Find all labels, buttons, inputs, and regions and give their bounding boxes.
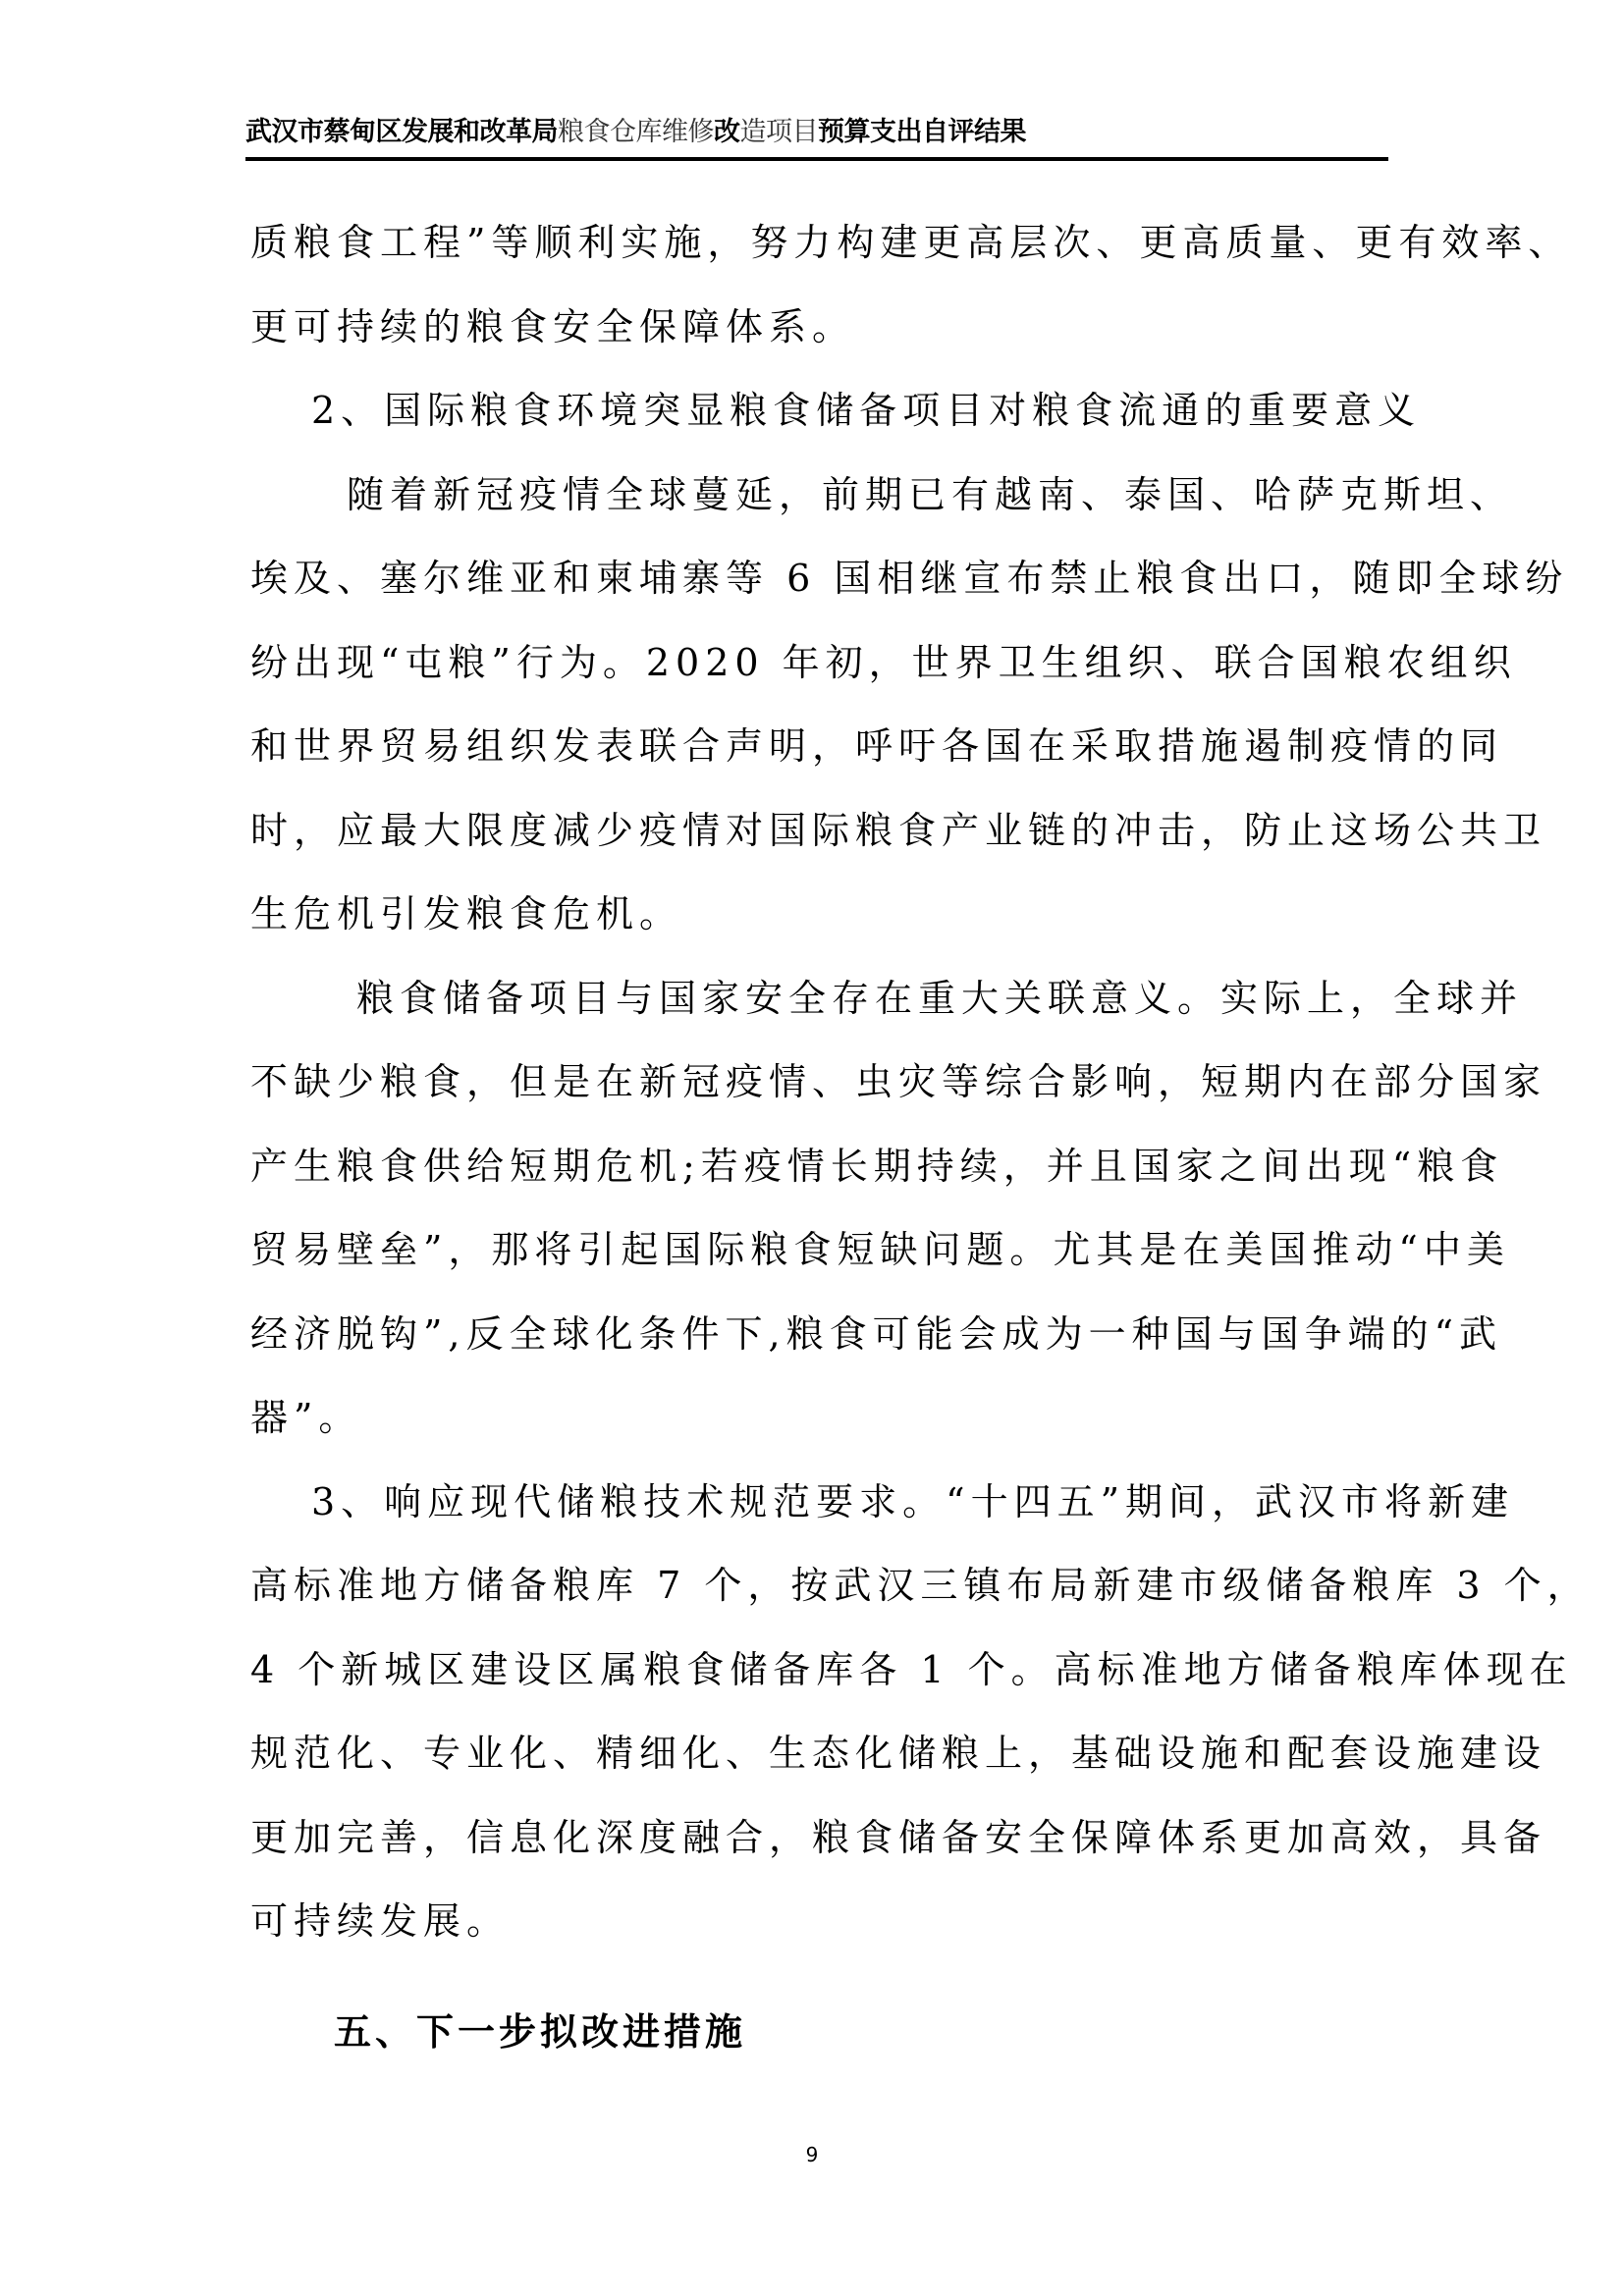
text-line: 产生粮食供给短期危机;若疫情长期持续，并且国家之间出现“粮食 xyxy=(250,1125,1389,1209)
text-line: 经济脱钩”,反全球化条件下,粮食可能会成为一种国与国争端的“武 xyxy=(250,1293,1389,1377)
header-segment: 改 xyxy=(714,117,740,147)
page-header: 武汉市蔡甸区发展和改革局粮食仓库维修改造项目预算支出自评结果 xyxy=(245,110,1388,155)
header-divider xyxy=(245,157,1388,161)
text-line: 更加完善，信息化深度融合，粮食储备安全保障体系更加高效，具备 xyxy=(250,1796,1389,1881)
text-line: 时，应最大限度减少疫情对国际粮食产业链的冲击，防止这场公共卫 xyxy=(250,789,1389,874)
text-line: 4 个新城区建设区属粮食储备库各 1 个。高标准地方储备粮库体现在 xyxy=(250,1629,1389,1713)
text-line: 可持续发展。 xyxy=(250,1880,1389,1964)
text-line: 不缺少粮食，但是在新冠疫情、虫灾等综合影响，短期内在部分国家 xyxy=(250,1041,1389,1125)
text-line: 埃及、塞尔维亚和柬埔寨等 6 国相继宣布禁止粮食出口，随即全球纷 xyxy=(250,537,1389,621)
header-segment: 粮食仓库维修 xyxy=(558,117,714,147)
section-heading: 五、下一步拟改进措施 xyxy=(334,2002,746,2061)
body-text: 质粮食工程”等顺利实施，努力构建更高层次、更高质量、更有效率、 更可持续的粮食安… xyxy=(250,201,1389,1964)
subheading-line: 3、响应现代储粮技术规范要求。“十四五”期间，武汉市将新建 xyxy=(250,1461,1389,1545)
header-segment: 武汉市蔡甸区发展和改革局 xyxy=(245,117,558,147)
header-segment: 造项目 xyxy=(740,117,819,147)
header-segment: 预算支出自评结果 xyxy=(818,117,1026,147)
text-line: 贸易壁垒”，那将引起国际粮食短缺问题。尤其是在美国推动“中美 xyxy=(250,1208,1389,1293)
text-line: 纷出现“屯粮”行为。2020 年初，世界卫生组织、联合国粮农组织 xyxy=(250,621,1389,706)
text-line: 规范化、专业化、精细化、生态化储粮上，基础设施和配套设施建设 xyxy=(250,1712,1389,1796)
text-line: 质粮食工程”等顺利实施，努力构建更高层次、更高质量、更有效率、 xyxy=(250,201,1389,286)
text-line: 生危机引发粮食危机。 xyxy=(250,873,1389,957)
text-line: 粮食储备项目与国家安全存在重大关联意义。实际上，全球并 xyxy=(250,957,1389,1041)
text-line: 器”。 xyxy=(250,1376,1389,1461)
text-line: 更可持续的粮食安全保障体系。 xyxy=(250,286,1389,370)
subheading-line: 2、国际粮食环境突显粮食储备项目对粮食流通的重要意义 xyxy=(250,369,1389,454)
text-line: 随着新冠疫情全球蔓延，前期已有越南、泰国、哈萨克斯坦、 xyxy=(250,454,1389,538)
page-number: 9 xyxy=(0,2140,1624,2169)
text-line: 和世界贸易组织发表联合声明，呼吁各国在采取措施遏制疫情的同 xyxy=(250,705,1389,789)
text-line: 高标准地方储备粮库 7 个，按武汉三镇布局新建市级储备粮库 3 个， xyxy=(250,1544,1389,1629)
